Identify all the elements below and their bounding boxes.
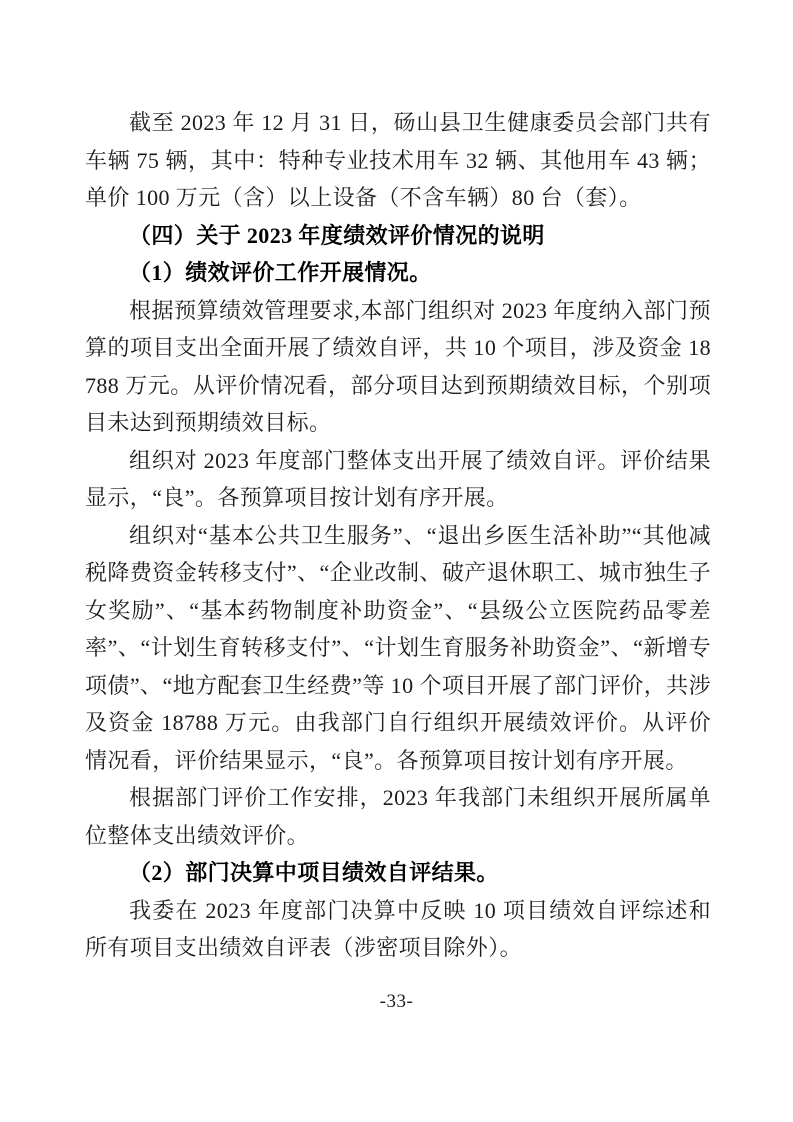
- document-body: 截至 2023 年 12 月 31 日，砀山县卫生健康委员会部门共有车辆 75 …: [85, 104, 711, 967]
- subsection-heading-1: （1）绩效评价工作开展情况。: [85, 254, 711, 292]
- body-paragraph-self-evaluation: 根据预算绩效管理要求,本部门组织对 2023 年度纳入部门预算的项目支出全面开展…: [85, 292, 711, 442]
- page-number: -33-: [0, 990, 793, 1014]
- body-paragraph-project-list: 组织对“基本公共卫生服务”、“退出乡医生活补助”“其他减税降费资金转移支付”、“…: [85, 517, 711, 780]
- section-heading-4: （四）关于 2023 年度绩效评价情况的说明: [85, 217, 711, 255]
- subsection-heading-2: （2）部门决算中项目绩效自评结果。: [85, 854, 711, 892]
- body-paragraph-subordinate-units: 根据部门评价工作安排，2023 年我部门未组织开展所属单位整体支出绩效评价。: [85, 779, 711, 854]
- body-paragraph-overall-expenditure: 组织对 2023 年度部门整体支出开展了绩效自评。评价结果显示，“良”。各预算项…: [85, 442, 711, 517]
- document-page: 截至 2023 年 12 月 31 日，砀山县卫生健康委员会部门共有车辆 75 …: [0, 0, 793, 1122]
- body-paragraph-final-accounts: 我委在 2023 年度部门决算中反映 10 项目绩效自评综述和所有项目支出绩效自…: [85, 892, 711, 967]
- body-paragraph-vehicles: 截至 2023 年 12 月 31 日，砀山县卫生健康委员会部门共有车辆 75 …: [85, 104, 711, 217]
